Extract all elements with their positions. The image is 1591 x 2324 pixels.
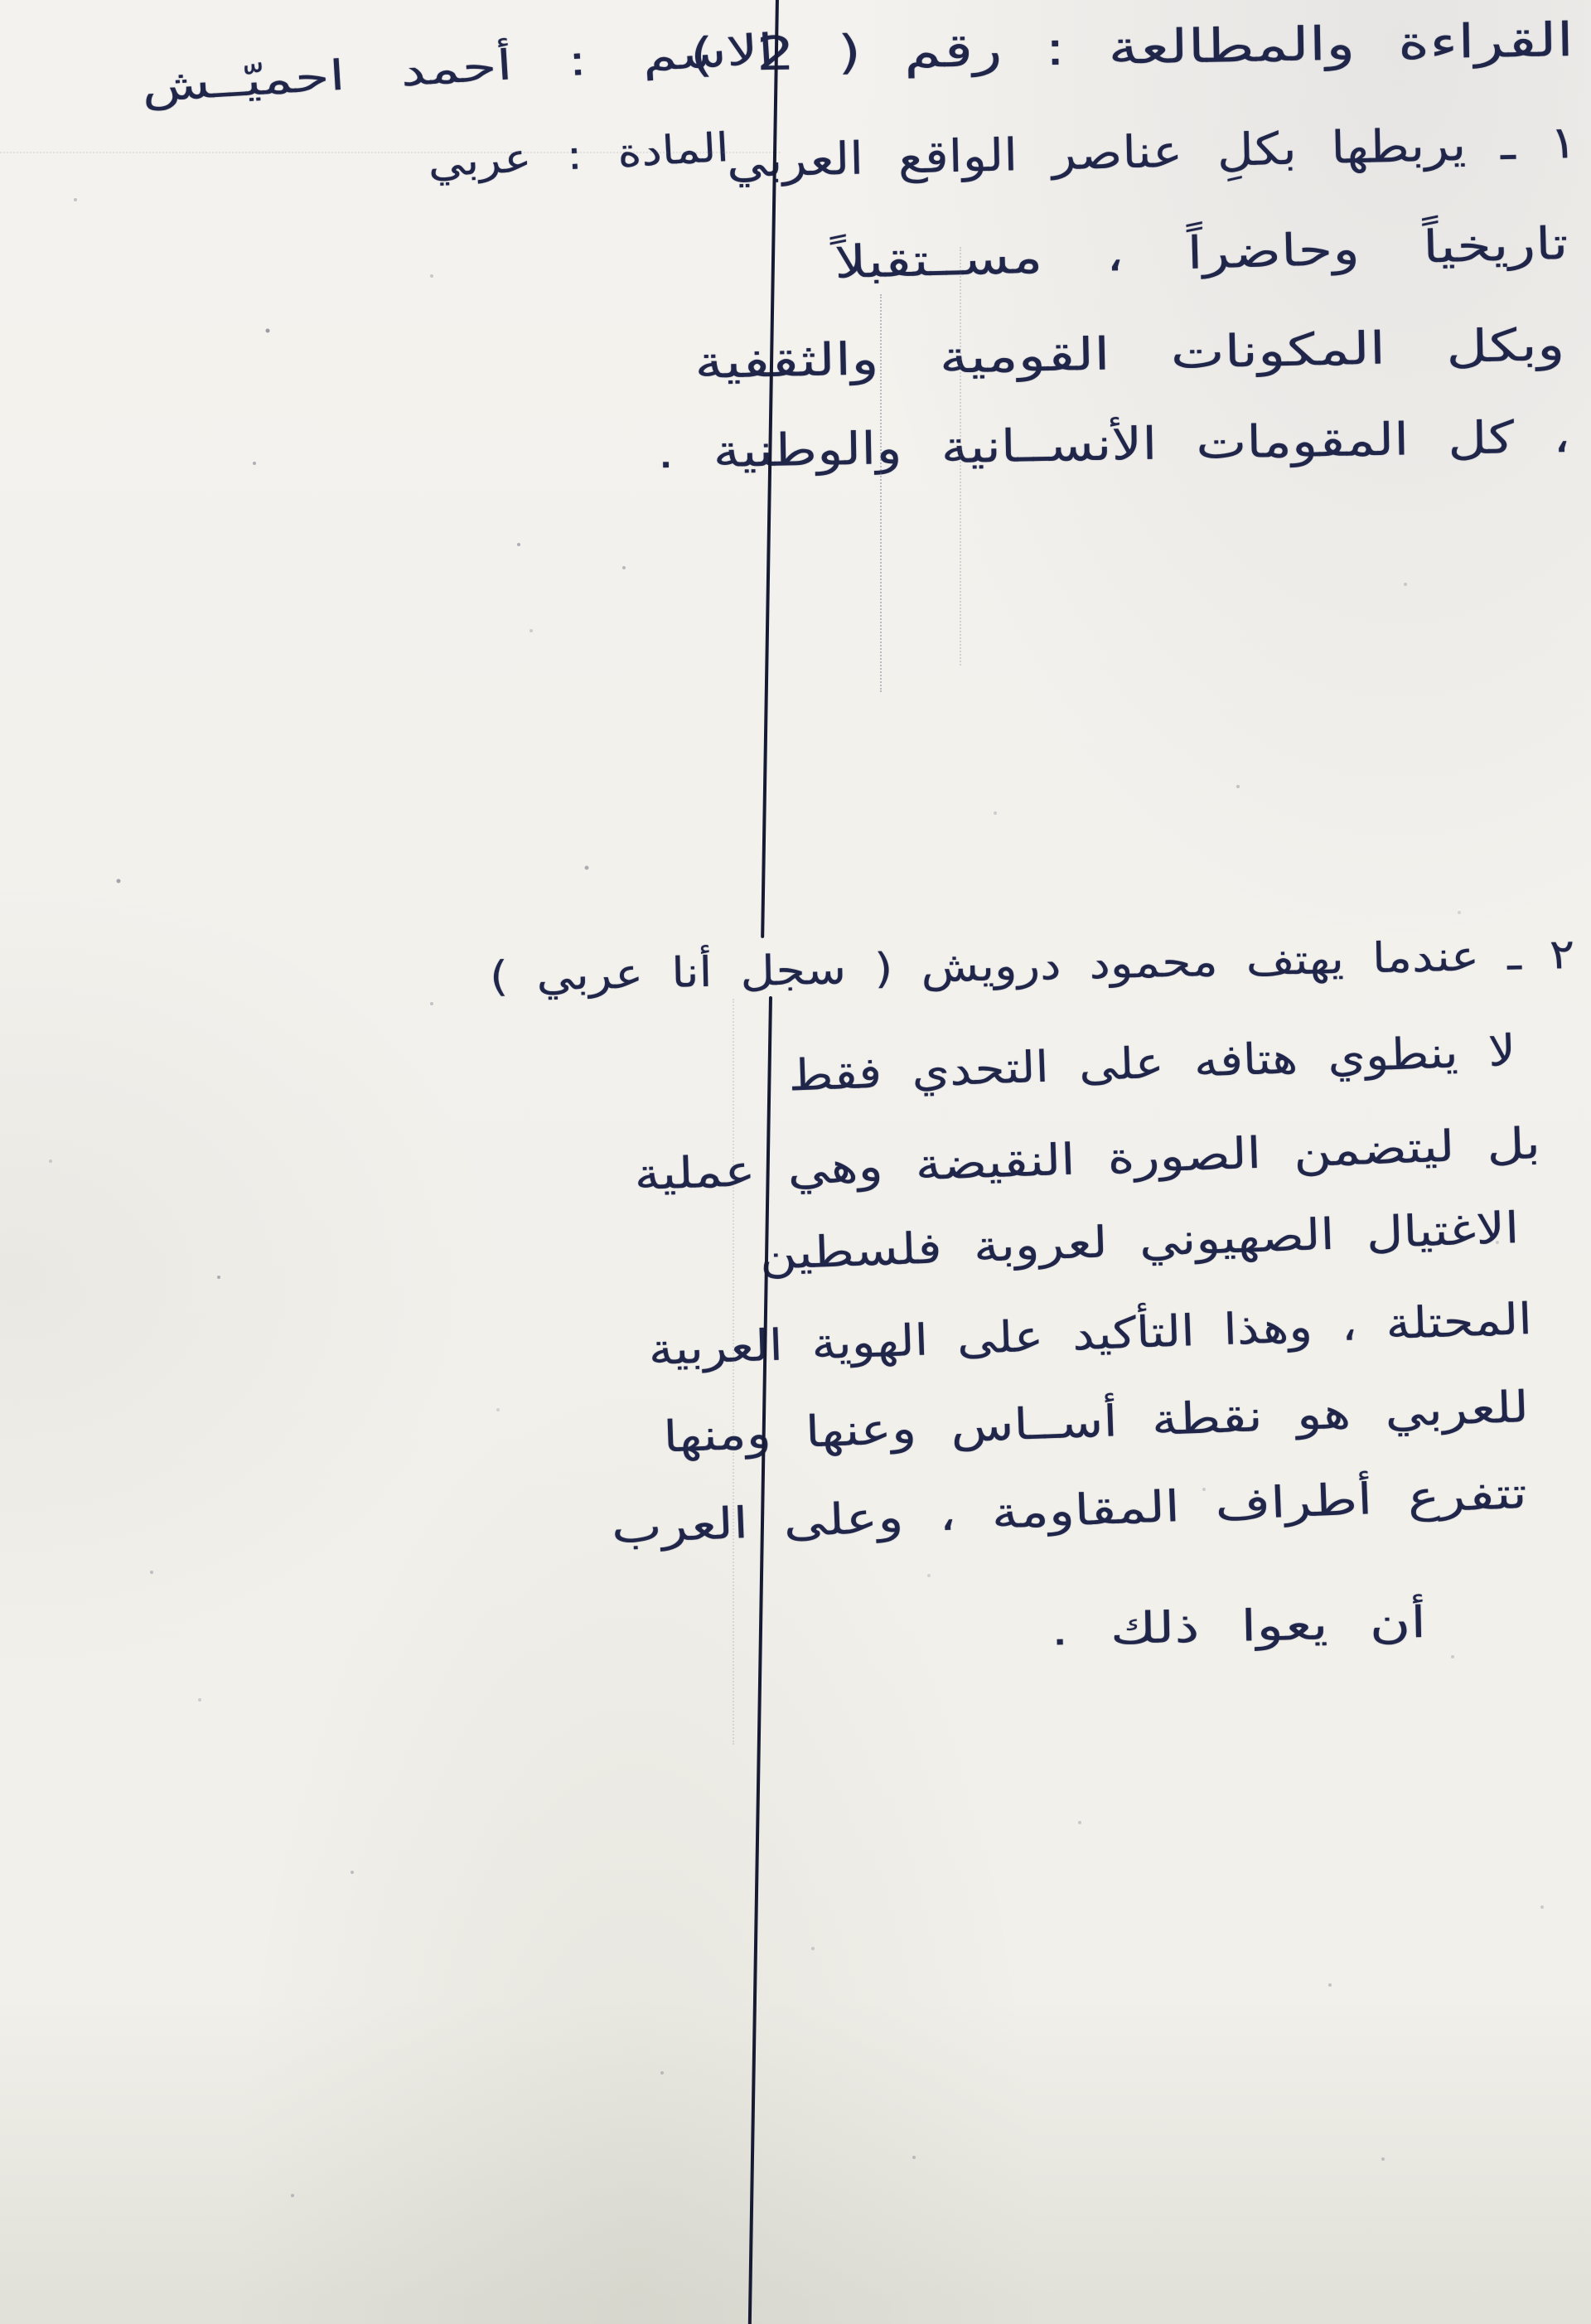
answer2-line: تتفرع أطراف المقاومة ، وعلى العرب — [611, 1469, 1528, 1553]
answer1-line: وبكل المكونات القومية والثقفية — [694, 318, 1565, 389]
horizontal-crease-line — [0, 152, 781, 153]
page-title: القراءة والمطالعة : رقم ( 2 ) — [689, 13, 1574, 83]
answer2-line: أن يعوا ذلك . — [1050, 1598, 1426, 1655]
vertical-fold-crease — [733, 999, 734, 1745]
answer2-heading: ٢ ـ عندما يهتف محمود درويش ( سجل أنا عرب… — [490, 930, 1576, 1000]
scanned-answer-sheet: الاسم : أحمد احميّــش المادة : عربي القر… — [0, 0, 1591, 2324]
answer2-line: الاغتيال الصهيوني لعروبة فلسطين — [759, 1203, 1521, 1280]
answer1-line: ، كل المقومات الأنســانية والوطنية . — [656, 410, 1570, 478]
answer2-line: لا ينطوي هتافه على التحدي فقط — [787, 1026, 1516, 1101]
vertical-fold-crease — [960, 247, 961, 666]
subject-line: المادة : عربي — [427, 124, 730, 186]
answer2-line: المحتلة ، وهذا التأكيد على الهوية العربي… — [648, 1295, 1533, 1375]
answer1-line: تاريخياً وحاضراً ، مســتقبلاً — [834, 217, 1569, 288]
scan-noise-speckles — [0, 0, 2, 2]
student-name-line: الاسم : أحمد احميّــش — [140, 25, 775, 112]
answer2-line: للعربي هو نقطة أســاس وعنها ومنها — [663, 1382, 1530, 1462]
vertical-fold-crease — [880, 294, 882, 692]
answer1-line: ١ ـ يربطها بكلِ عناصر الواقع العربي — [726, 116, 1577, 187]
